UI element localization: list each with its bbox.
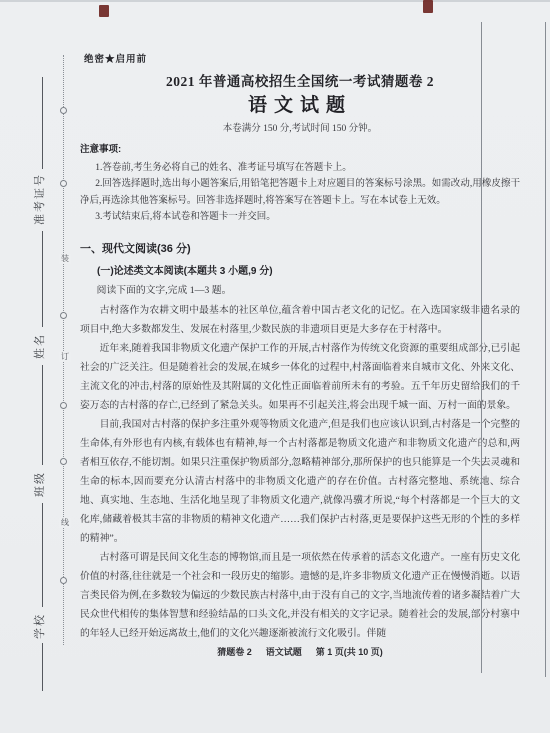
passage-paragraph-3: 目前,我国对古村落的保护多注重外观等物质文化遗产,但是我们也应该认识到,古村落是… (80, 415, 520, 548)
footer-volume: 猜题卷 2 (217, 647, 252, 657)
exam-info-line: 本卷满分 150 分,考试时间 150 分钟。 (80, 120, 520, 134)
exam-title: 2021 年普通高校招生全国统一考试猜题卷 2 (80, 70, 520, 90)
passage-paragraph-4: 古村落可谓是民间文化生态的博物馆,而且是一项依然在传承着的活态文化遗产。一座有历… (80, 548, 520, 643)
seal-char-ding: 订 (59, 352, 71, 362)
passage-paragraph-1: 古村落作为农耕文明中最基本的社区单位,蕴含着中国古老文化的记忆。在入选国家级非遗… (80, 301, 520, 339)
subject-title: 语文试题 (80, 90, 520, 117)
field-label-school: 学校 (34, 613, 46, 639)
footer-subject: 语文试题 (266, 647, 302, 657)
seal-line-ring (60, 402, 67, 409)
seal-line-ring (60, 577, 67, 584)
student-info-fields: 学校班级姓名准考证号 (31, 51, 47, 691)
name-blank-line (31, 231, 43, 327)
examinee-number-blank-line (31, 77, 43, 169)
field-label-examinee-number: 准考证号 (34, 173, 46, 225)
classification-banner: 绝密★启用前 (84, 51, 147, 65)
right-outer-rule (545, 22, 546, 677)
footer-page-number: 第 1 页(共 10 页) (316, 647, 383, 657)
right-inner-rule (481, 22, 482, 673)
school-blank-line (31, 503, 43, 607)
passage-paragraph-2: 近年来,随着我国非物质文化遗产保护工作的开展,古村落作为传统文化资源的重要组成部… (80, 339, 520, 415)
notice-item-1: 1.答卷前,考生务必将自己的姓名、准考证号填写在答题卡上。 (80, 160, 520, 177)
page-top-edge (0, 0, 550, 2)
class-blank-line (31, 365, 43, 465)
red-stain-mark-right (423, 0, 433, 13)
notice-item-2: 2.回答选择题时,选出每小题答案后,用铅笔把答题卡上对应题目的答案标号涂黑。如需… (80, 176, 520, 209)
notice-block: 注意事项: 1.答卷前,考生务必将自己的姓名、准考证号填写在答题卡上。 2.回答… (80, 142, 520, 226)
seal-line-ring (60, 312, 67, 319)
notice-item-3: 3.考试结束后,将本试卷和答题卡一并交回。 (80, 209, 520, 226)
seal-line-ring (60, 180, 67, 187)
field-label-name: 姓名 (34, 333, 46, 359)
field-label-class: 班级 (34, 471, 46, 497)
scanned-exam-page: 装 订 线 学校班级姓名准考证号 绝密★启用前 2021 年普通高校招生全国统一… (0, 0, 550, 733)
section-instruction: 阅读下面的文字,完成 1—3 题。 (80, 282, 520, 296)
seal-line-ring (60, 458, 67, 465)
section-heading: 一、现代文阅读(36 分) (80, 240, 520, 256)
red-stain-mark-left (99, 5, 109, 17)
seal-char-xian: 线 (59, 518, 71, 528)
blank-line (31, 643, 43, 691)
notice-heading: 注意事项: (80, 142, 520, 159)
page-footer: 猜题卷 2语文试题第 1 页(共 10 页) (80, 645, 520, 658)
seal-dotted-line (63, 55, 64, 645)
section-subheading: (一)论述类文本阅读(本题共 3 小题,9 分) (80, 262, 520, 277)
seal-char-zhuang: 装 (59, 254, 71, 264)
seal-line-ring (60, 107, 67, 114)
reading-section: 一、现代文阅读(36 分) (一)论述类文本阅读(本题共 3 小题,9 分) 阅… (80, 240, 520, 643)
